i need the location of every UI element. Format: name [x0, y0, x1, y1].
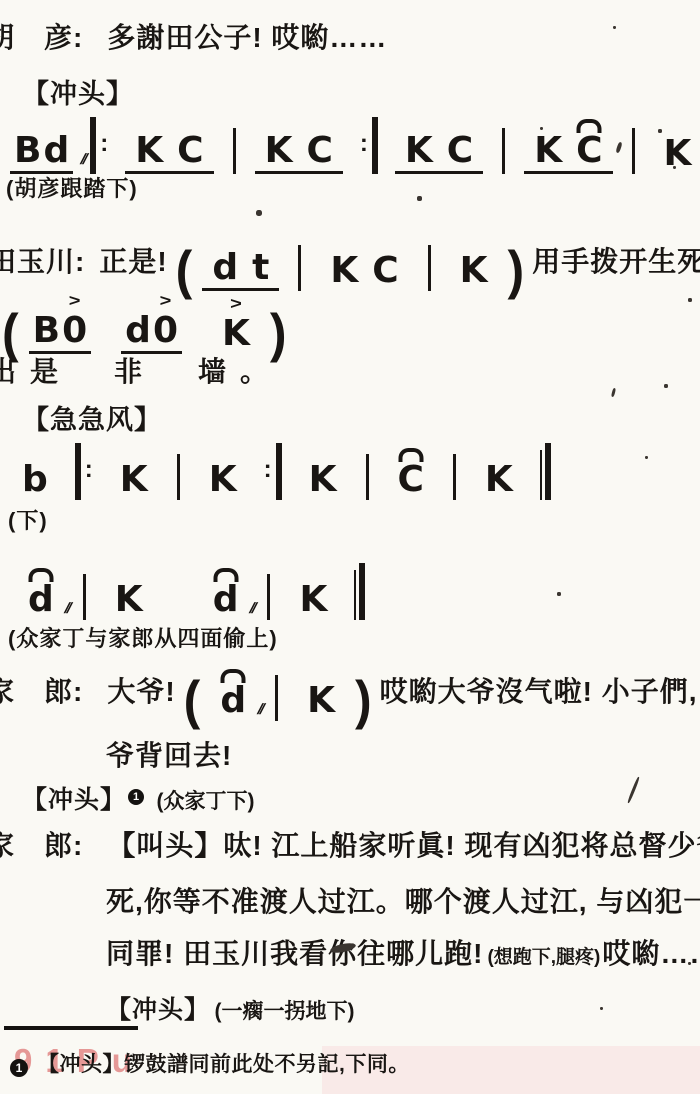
- notation-note: C: [372, 254, 398, 288]
- notation-note: K: [209, 463, 237, 497]
- note-group: K: [289, 583, 337, 620]
- inline-notation: (dtKCK): [174, 233, 527, 291]
- barline: [275, 675, 278, 721]
- inline-notation: (d//K): [182, 663, 374, 721]
- tremolo-mark-icon: //: [63, 600, 73, 617]
- barline: [366, 454, 369, 500]
- stage-direction: (一瘸一拐地下): [214, 1000, 354, 1023]
- scanned-opera-score-page: { "colors":{"paper":"#faf9f4","ink":"#19…: [0, 0, 700, 1094]
- accent-mark-icon: >: [230, 295, 242, 315]
- barline: [502, 128, 505, 174]
- notation-note: K: [485, 463, 513, 497]
- scan-speckle: [611, 388, 616, 397]
- note-group: B0>: [29, 314, 92, 354]
- barline: [233, 128, 236, 174]
- speaker-name: 胡 彦:: [0, 16, 83, 56]
- note-group: K: [297, 684, 345, 721]
- label-row-chongtou2: 【冲头】1 (众家丁下): [22, 780, 254, 816]
- notation-note: b: [22, 463, 48, 497]
- note-group: KC: [255, 134, 343, 174]
- parenthesis: (: [184, 673, 201, 727]
- dialogue-text: 正是!: [99, 240, 167, 280]
- speaker-name: 田玉川:: [0, 240, 85, 280]
- note-group: KC: [320, 254, 408, 291]
- repeat-end-barline: :: [264, 443, 282, 500]
- note-group: K: [105, 583, 153, 620]
- footnote-marker-icon: 1: [128, 789, 144, 805]
- notation-note: B: [33, 314, 60, 348]
- dialogue-text: 同罪! 田玉川我看你往哪儿跑!: [106, 932, 483, 972]
- barline: [632, 128, 635, 174]
- notation-note: K: [135, 134, 163, 168]
- note-group: dt: [202, 251, 279, 291]
- notation-note: K: [309, 463, 337, 497]
- notation-note: K>: [222, 317, 250, 351]
- notation-note: K: [460, 254, 488, 288]
- barline: [83, 574, 86, 620]
- scan-speckle: [600, 1007, 603, 1010]
- notation-note: K: [115, 583, 143, 617]
- scan-speckle: [688, 962, 691, 965]
- speaker-name: 家 郎:: [0, 824, 83, 864]
- notation-note: K: [330, 254, 358, 288]
- notation-note: K: [265, 134, 293, 168]
- note-group: KC: [395, 134, 483, 174]
- scan-speckle: [540, 127, 543, 130]
- notation-note: K: [307, 684, 335, 718]
- parenthesis: ): [508, 243, 525, 297]
- scan-stray-stroke: [627, 776, 640, 803]
- accent-mark-icon: >: [160, 292, 172, 312]
- repeat-start-barline: :: [90, 117, 108, 174]
- notation-line-chongtou: Bd//:KCKC:KCKCK: [2, 112, 700, 174]
- stage-direction: (众家丁与家郎从四面偷上): [8, 622, 278, 653]
- notation-note: 0>: [62, 314, 87, 348]
- note-group: d//: [203, 583, 249, 620]
- dialogue-text: 【叫头】呔! 江上船家听眞! 现有凶犯将总督少爷打: [107, 824, 700, 864]
- note-group: KC: [125, 134, 213, 174]
- note-group: b: [12, 463, 58, 500]
- scan-speckle: [557, 592, 561, 596]
- note-group: d//: [18, 583, 64, 620]
- label-row-chongtou3: 【冲头】 (一瘸一拐地下): [106, 990, 354, 1026]
- notation-note: d: [212, 251, 238, 285]
- note-group: K: [199, 463, 247, 500]
- dialogue-text: 多謝田公子! 哎喲……: [107, 16, 387, 56]
- barline: [177, 454, 180, 500]
- footnote: 1【冲头】锣鼓譜同前此处不另記,下同。: [10, 1048, 410, 1078]
- footnote-text: 【冲头】锣鼓譜同前此处不另記,下同。: [38, 1053, 410, 1076]
- dialogue-line-jialang-2: 家 郎: 【叫头】呔! 江上船家听眞! 现有凶犯将总督少爷打: [0, 824, 700, 864]
- note-group: Bd//: [10, 134, 73, 174]
- notation-note: C: [306, 134, 332, 168]
- repeat-end-barline: :: [360, 117, 378, 174]
- dialogue-line-huyan: 胡 彦: 多謝田公子! 哎喲……: [0, 16, 387, 56]
- dialogue-continuation: 死,你等不准渡人过江。哪个渡人过江, 与凶犯一样: [106, 880, 700, 920]
- footnote-divider: [4, 1026, 138, 1030]
- dialogue-continuation: 同罪! 田玉川我看你往哪儿跑! (想跑下,腿疼) 哎喲……: [106, 932, 700, 972]
- fermata-arc-icon: [213, 568, 238, 582]
- notation-note: d//: [43, 134, 69, 168]
- notation-note: d: [125, 314, 151, 348]
- stage-direction: (众家丁下): [156, 790, 254, 813]
- notation-note: t: [252, 251, 269, 285]
- inline-stage-direction: (想跑下,腿疼): [487, 942, 600, 969]
- barline: [428, 245, 431, 291]
- scan-speckle: [688, 298, 692, 302]
- parenthesis: (: [176, 243, 193, 297]
- dialogue-line-jialang: 家 郎: 大爷! (d//K) 哎喲大爷沒气啦! 小子們, 快把大: [0, 652, 700, 728]
- note-group: C: [388, 463, 434, 500]
- barline: [267, 574, 270, 620]
- notation-note: C: [177, 134, 203, 168]
- note-group: K>: [212, 317, 260, 354]
- fermata-arc-icon: [577, 119, 602, 133]
- tremolo-mark-icon: //: [247, 600, 257, 617]
- notation-note: K: [120, 463, 148, 497]
- tremolo-mark-icon: //: [255, 701, 265, 718]
- percussion-pattern-label-chongtou: 【冲头】: [106, 996, 210, 1024]
- scan-speckle: [645, 456, 648, 459]
- dialogue-text: 哎喲……: [602, 932, 700, 972]
- tremolo-mark-icon: //: [78, 151, 88, 168]
- barline: [298, 245, 301, 291]
- note-group: K: [475, 463, 523, 500]
- notation-note: d//: [28, 583, 54, 617]
- dialogue-text: 哎喲大爷沒气啦! 小子們, 快把大: [380, 670, 700, 710]
- notation-note: K: [299, 583, 327, 617]
- notation-note: C: [576, 134, 602, 168]
- stage-direction: (胡彦跟踏下): [6, 172, 138, 203]
- final-barline: [354, 563, 365, 620]
- notation-note: d//: [213, 583, 239, 617]
- note-group: d0>: [121, 314, 182, 354]
- final-barline: [540, 443, 551, 500]
- stage-direction: (下): [8, 504, 48, 535]
- dialogue-text: 用手拨开生死路,翻身跳: [532, 240, 700, 280]
- lyric-line: 出是 非 墙。: [0, 350, 282, 390]
- note-group: K: [110, 463, 158, 500]
- percussion-pattern-label-chongtou: 【冲头】: [22, 72, 134, 111]
- notation-note: K: [405, 134, 433, 168]
- notation-note: C: [398, 463, 424, 497]
- scan-speckle: [664, 384, 668, 388]
- accent-mark-icon: >: [69, 292, 81, 312]
- fermata-arc-icon: [398, 448, 423, 462]
- note-group: KC: [524, 134, 612, 174]
- note-group: K: [299, 463, 347, 500]
- scan-speckle: [673, 166, 676, 169]
- notation-note: B: [14, 134, 41, 168]
- percussion-pattern-label-jijifeng: 【急急风】: [22, 398, 162, 437]
- note-group: K: [654, 137, 700, 174]
- note-group: K: [450, 254, 498, 291]
- repeat-start-barline: :: [75, 443, 93, 500]
- dialogue-continuation: 爷背回去!: [106, 734, 232, 774]
- notation-line-jijifeng: b:KK:KCK: [4, 438, 560, 500]
- fermata-arc-icon: [28, 568, 53, 582]
- scan-speckle: [256, 210, 262, 216]
- notation-note: K: [534, 134, 562, 168]
- dialogue-line-tianyuchuan: 田玉川: 正是! (dtKCK) 用手拨开生死路,翻身跳: [0, 222, 700, 298]
- speaker-name: 家 郎:: [0, 670, 83, 710]
- scan-speckle: [417, 196, 422, 201]
- scan-speckle: [658, 129, 662, 133]
- notation-line-dk: d//Kd//K: [10, 558, 374, 620]
- dialogue-text: 大爷!: [107, 670, 175, 710]
- footnote-marker-icon: 1: [10, 1059, 28, 1077]
- notation-note: C: [447, 134, 473, 168]
- fermata-arc-icon: [221, 669, 246, 683]
- notation-note: 0>: [153, 314, 178, 348]
- notation-note: K: [664, 137, 692, 171]
- percussion-pattern-label-chongtou: 【冲头】: [22, 786, 126, 814]
- scan-speckle: [613, 26, 616, 29]
- note-group: d//: [210, 684, 256, 721]
- notation-note: d//: [220, 684, 246, 718]
- parenthesis: ): [355, 673, 372, 727]
- notation-line-bodok: (B0>d0>K>): [0, 292, 289, 354]
- barline: [453, 454, 456, 500]
